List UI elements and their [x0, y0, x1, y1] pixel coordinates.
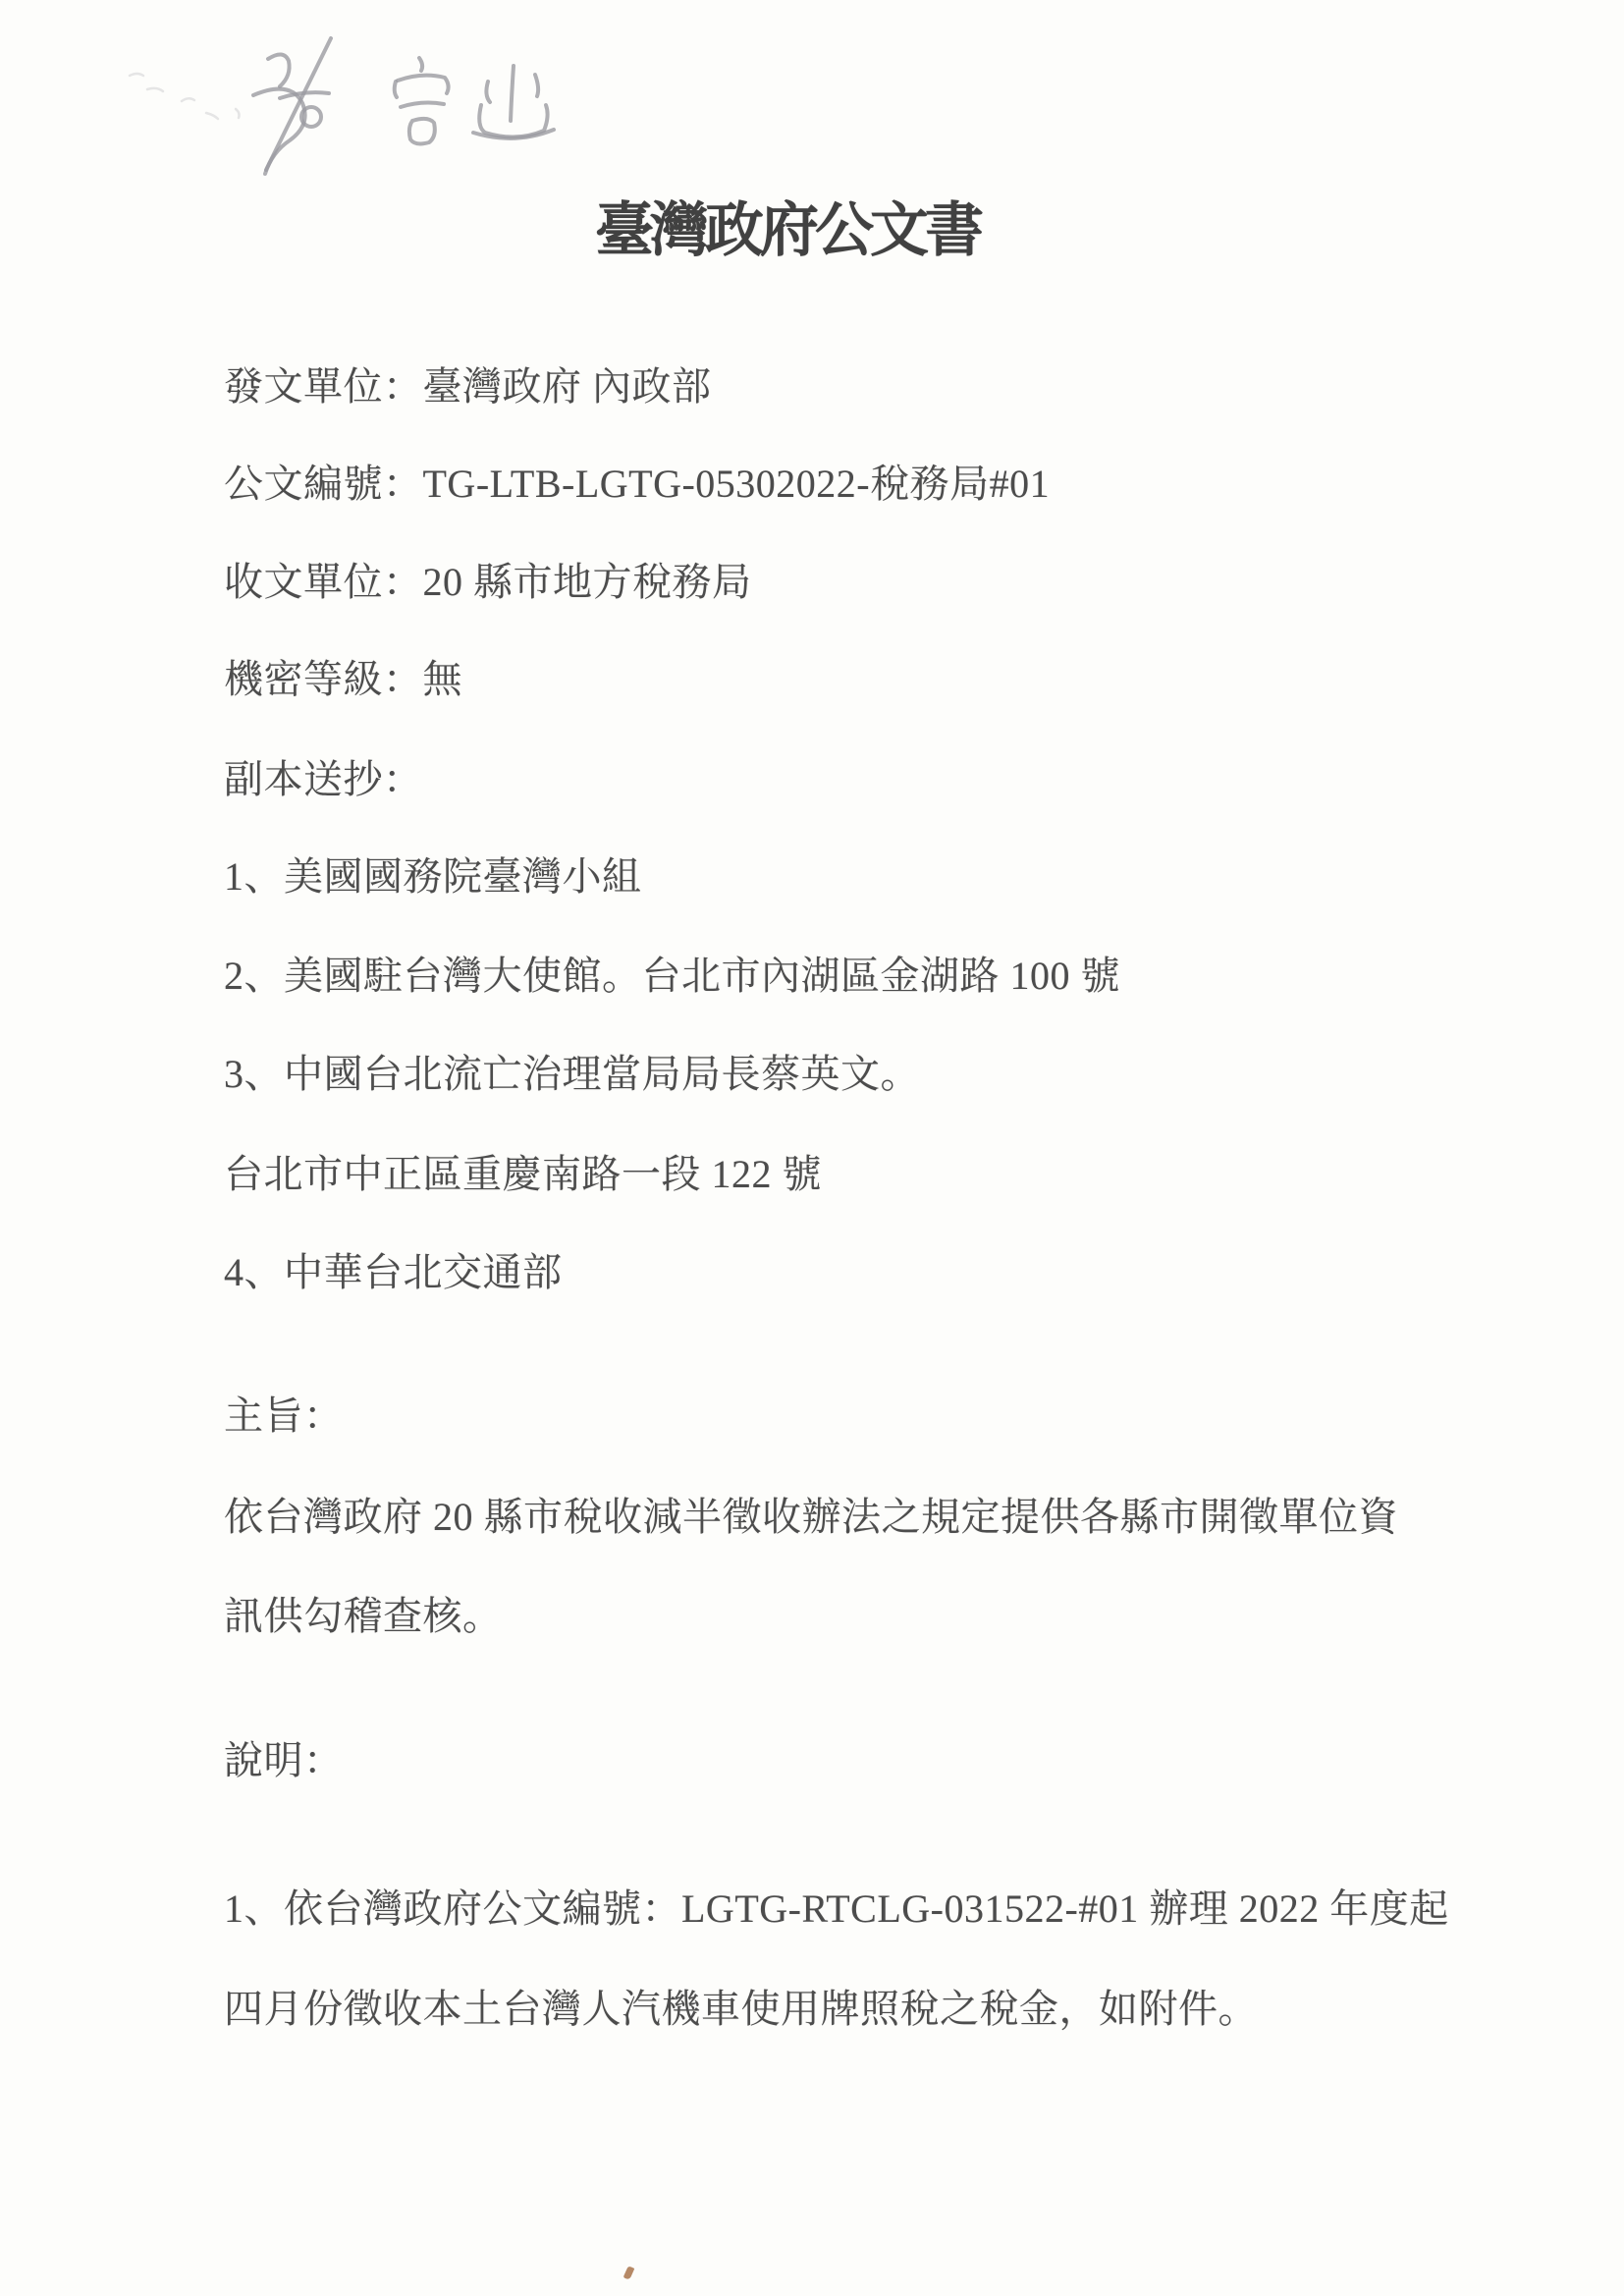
cc-item: 1、美國國務院臺灣小組	[224, 854, 642, 900]
field-issuer: 發文單位：臺灣政府 內政部	[224, 364, 712, 410]
explanation-text-line: 四月份徵收本土台灣人汽機車使用牌照稅之稅金，如附件。	[224, 1987, 1258, 2032]
subject-text-line: 訊供勾稽查核。	[224, 1594, 503, 1639]
field-classification: 機密等級：無	[224, 657, 462, 702]
handwritten-annotation	[88, 25, 579, 182]
subject-text-line: 依台灣政府 20 縣市稅收減半徵收辦法之規定提供各縣市開徵單位資	[224, 1495, 1398, 1540]
cc-item-address: 台北市中正區重慶南路一段 122 號	[224, 1152, 822, 1197]
scanned-document-page: 臺灣政府公文書 發文單位：臺灣政府 內政部 公文編號：TG-LTB-LGTG-0…	[0, 0, 1624, 2296]
document-title: 臺灣政府公文書	[595, 198, 980, 263]
scan-speck	[623, 2266, 635, 2280]
subject-label: 主旨：	[224, 1394, 344, 1439]
field-recipient: 收文單位：20 縣市地方稅務局	[224, 560, 752, 605]
explanation-label: 說明：	[224, 1738, 344, 1783]
cc-item: 2、美國駐台灣大使館。台北市內湖區金湖路 100 號	[224, 954, 1120, 999]
cc-section-label: 副本送抄：	[224, 757, 423, 802]
explanation-text-line: 1、依台灣政府公文編號：LGTG-RTCLG-031522-#01 辦理 202…	[224, 1886, 1449, 1932]
cc-item: 3、中國台北流亡治理當局局長蔡英文。	[224, 1052, 920, 1097]
field-doc-number: 公文編號：TG-LTB-LGTG-05302022-稅務局#01	[224, 462, 1050, 507]
cc-item: 4、中華台北交通部	[224, 1250, 563, 1295]
